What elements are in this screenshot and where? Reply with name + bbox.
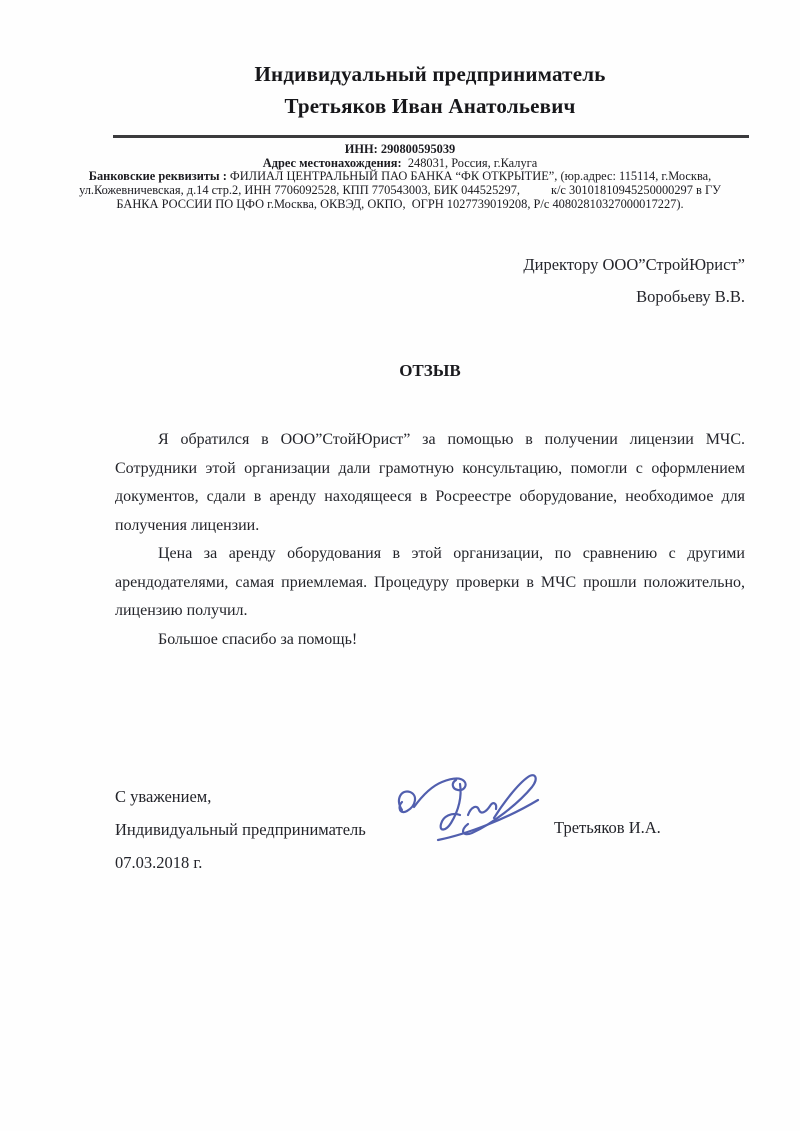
body-line: лицензию получил.: [115, 597, 745, 626]
letterhead-line2: Третьяков Иван Анатольевич: [115, 90, 745, 122]
body-line: документов, сдали в аренду находящееся в…: [115, 483, 745, 512]
address-line: Адрес местонахождения: 248031, Россия, г…: [0, 157, 800, 171]
signature-icon: [372, 760, 548, 854]
bank-line-1: Банковские реквизиты : ФИЛИАЛ ЦЕНТРАЛЬНЫ…: [0, 170, 800, 184]
signer-name: Третьяков И.А.: [554, 818, 661, 838]
address-label: Адрес местонахождения:: [263, 156, 402, 170]
letterhead: Индивидуальный предприниматель Третьяков…: [115, 58, 745, 122]
bank-line-3: БАНКА РОССИИ ПО ЦФО г.Москва, ОКВЭД, ОКП…: [0, 198, 800, 212]
inn-label: ИНН:: [345, 142, 378, 156]
bank-line-2: ул.Кожевничевская, д.14 стр.2, ИНН 77060…: [0, 184, 800, 198]
body-line: Цена за аренду оборудования в этой орган…: [115, 540, 745, 569]
address-value: 248031, Россия, г.Калуга: [402, 156, 538, 170]
body-line: получения лицензии.: [115, 512, 745, 541]
inn-value: 290800595039: [378, 142, 455, 156]
body-line: Большое спасибо за помощь!: [115, 626, 745, 655]
signature-strokes: [399, 775, 538, 840]
signature-image: [372, 760, 548, 854]
body-line: Сотрудники этой организации дали грамотн…: [115, 455, 745, 484]
addressee-block: Директору ООО”СтройЮрист” Воробьеву В.В.: [523, 249, 745, 313]
inn-line: ИНН: 290800595039: [0, 143, 800, 157]
closing-date: 07.03.2018 г.: [115, 847, 366, 880]
body-line: арендодателями, самая приемлемая. Процед…: [115, 569, 745, 598]
bank-line-1-text: ФИЛИАЛ ЦЕНТРАЛЬНЫЙ ПАО БАНКА “ФК ОТКРЫТИ…: [227, 169, 711, 183]
letterhead-line1: Индивидуальный предприниматель: [115, 58, 745, 90]
closing-block: С уважением, Индивидуальный предпринимат…: [115, 781, 366, 879]
body-line: Я обратился в ООО”СтойЮрист” за помощью …: [115, 426, 745, 455]
closing-role: Индивидуальный предприниматель: [115, 814, 366, 847]
closing-regards: С уважением,: [115, 781, 366, 814]
letterhead-divider: [113, 135, 749, 138]
addressee-title: Директору ООО”СтройЮрист”: [523, 249, 745, 281]
letter-page: Индивидуальный предприниматель Третьяков…: [0, 0, 800, 1131]
document-title: ОТЗЫВ: [115, 361, 745, 381]
requisites-block: ИНН: 290800595039 Адрес местонахождения:…: [0, 143, 800, 212]
letter-body: Я обратился в ООО”СтойЮрист” за помощью …: [115, 426, 745, 654]
addressee-name: Воробьеву В.В.: [523, 281, 745, 313]
bank-label: Банковские реквизиты :: [89, 169, 227, 183]
